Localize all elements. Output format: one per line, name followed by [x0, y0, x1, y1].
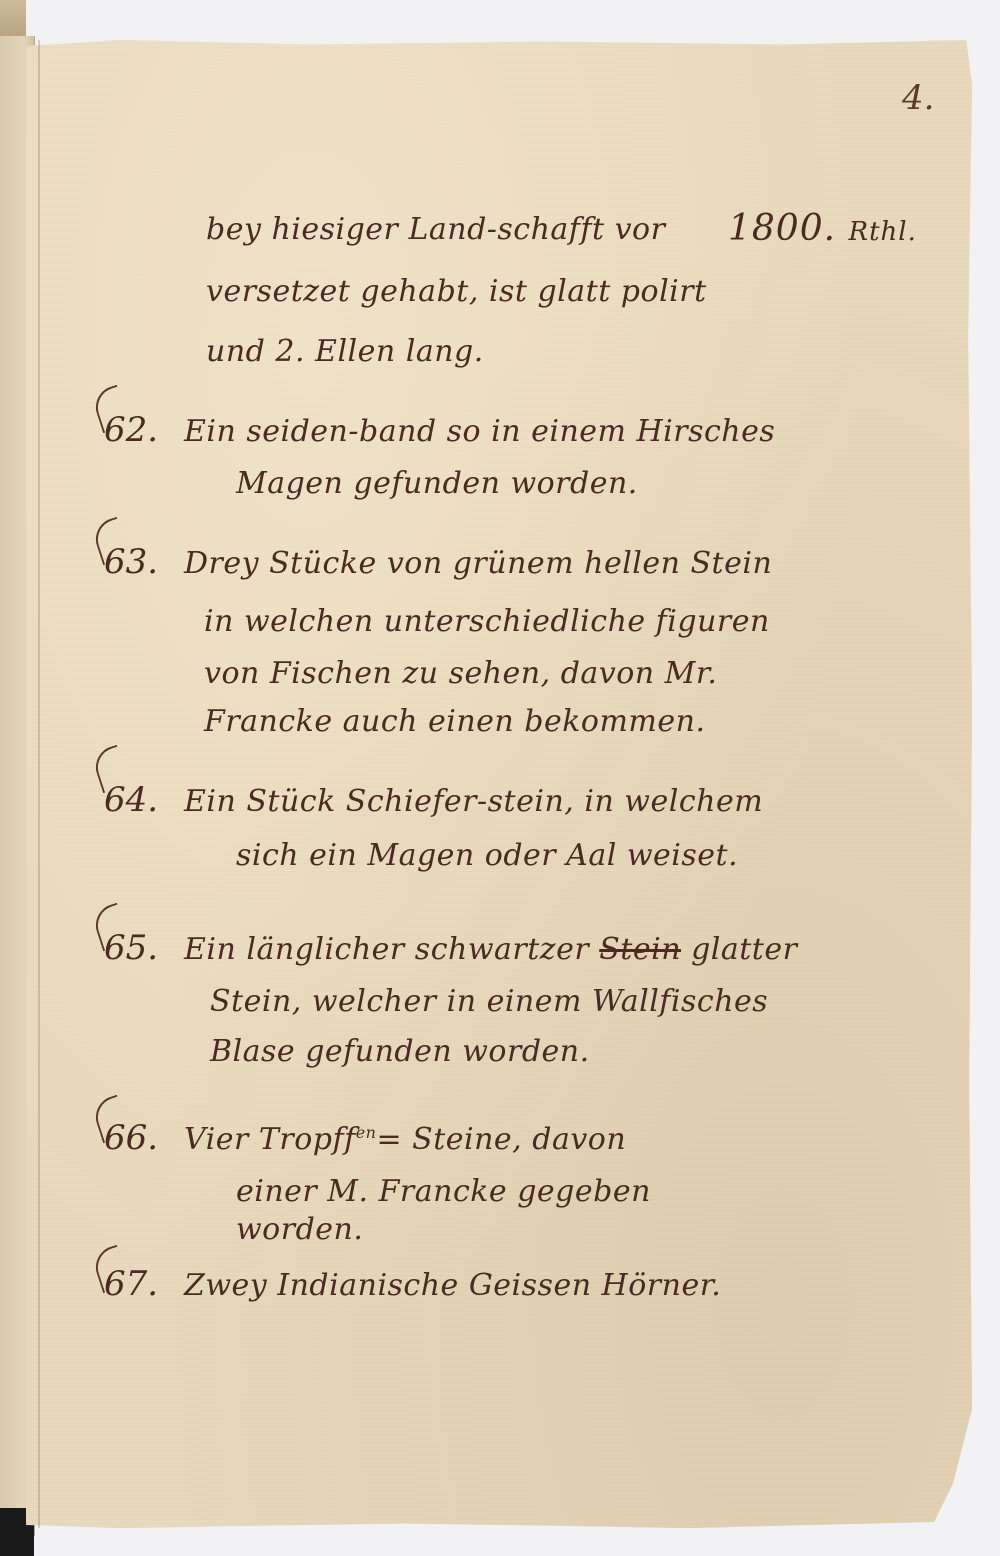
page-number: 4.: [902, 78, 934, 118]
entry-number: 66.: [104, 1118, 158, 1158]
superscript: en: [356, 1123, 377, 1142]
page-fold-line: [38, 40, 40, 1528]
entry-text: = Steine, davon: [376, 1122, 626, 1157]
entry-line: Blase gefunden worden.: [210, 1034, 590, 1069]
entry-number: 65.: [104, 928, 158, 968]
entry-line: einer M. Francke gegeben: [236, 1174, 651, 1209]
entry-line: Ein länglicher schwartzer Stein glatter: [184, 932, 797, 967]
entry-line: Magen gefunden worden.: [236, 466, 638, 501]
entry-number: 64.: [104, 780, 158, 820]
entry-line: in welchen unterschiedliche figuren: [204, 604, 770, 639]
amount-value: 1800.: [728, 208, 836, 249]
entry-line: Ein Stück Schiefer-stein, in welchem: [184, 784, 763, 819]
entry-text: Vier Tropff: [184, 1122, 356, 1157]
entry-line: sich ein Magen oder Aal weiset.: [236, 838, 738, 873]
entry-line: von Fischen zu sehen, davon Mr.: [204, 656, 717, 691]
entry-text: Ein länglicher schwartzer: [184, 932, 589, 967]
entry-number: 63.: [104, 542, 158, 582]
previous-leaf-edge-top: [0, 0, 26, 38]
entry-line: Ein seiden-band so in einem Hirsches: [184, 414, 775, 449]
entry-line: Francke auch einen bekommen.: [204, 704, 706, 739]
entry-number: 62.: [104, 410, 158, 450]
entry-line: worden.: [236, 1212, 363, 1247]
entry-line: Vier Tropffen= Steine, davon: [184, 1122, 626, 1157]
struck-word: Stein: [599, 932, 681, 967]
continuation-line-2: versetzet gehabt, ist glatt polirt: [206, 274, 707, 309]
continuation-text: bey hiesiger Land-schafft vor: [206, 212, 665, 247]
entry-line: Zwey Indianische Geissen Hörner.: [184, 1268, 721, 1303]
amount: 1800. Rthl.: [728, 208, 917, 249]
entry-line: Drey Stücke von grünem hellen Stein: [184, 546, 772, 581]
entry-number: 67.: [104, 1264, 158, 1304]
continuation-line-1: bey hiesiger Land-schafft vor: [206, 212, 665, 247]
continuation-line-3: und 2. Ellen lang.: [206, 334, 484, 369]
currency-abbrev: Rthl.: [849, 217, 917, 247]
entry-text: glatter: [691, 932, 797, 967]
entry-line: Stein, welcher in einem Wallfisches: [210, 984, 768, 1019]
